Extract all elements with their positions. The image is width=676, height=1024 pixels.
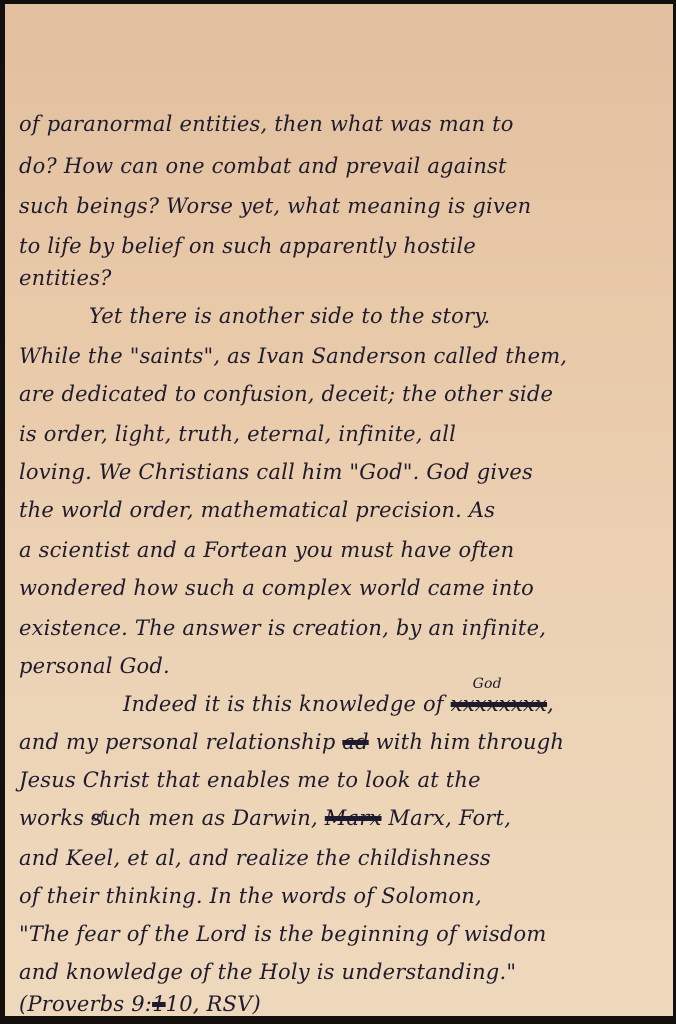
struck-out-word: ad xyxy=(342,730,368,754)
paragraph-start-line: Indeed it is this knowledge of Godxxxxxx… xyxy=(123,692,554,716)
quotation-line: "The fear of the Lord is the beginning o… xyxy=(19,922,546,946)
text-line: Jesus Christ that enables me to look at … xyxy=(19,768,481,792)
text-line: a scientist and a Fortean you must have … xyxy=(19,538,514,562)
struck-out-word: Marx xyxy=(325,806,382,830)
text-line: the world order, mathematical precision.… xyxy=(19,498,495,522)
text-line: works ofsuch men as Darwin, Marx Marx, F… xyxy=(19,806,511,830)
paragraph-start-line: Yet there is another side to the story. xyxy=(89,304,490,328)
scan-border-bottom xyxy=(0,1016,676,1024)
text-line: wondered how such a complex world came i… xyxy=(19,576,534,600)
text-line: existence. The answer is creation, by an… xyxy=(19,616,546,640)
caret-insertion: of xyxy=(91,809,105,825)
text-line: and Keel, et al, and realize the childis… xyxy=(19,846,491,870)
text-line: of paranormal entities, then what was ma… xyxy=(19,112,514,136)
text-line: of their thinking. In the words of Solom… xyxy=(19,884,482,908)
quotation-line: and knowledge of the Holy is understandi… xyxy=(19,960,516,984)
text-line: such beings? Worse yet, what meaning is … xyxy=(19,194,531,218)
caret-insertion: God xyxy=(473,676,502,692)
text-line: to life by belief on such apparently hos… xyxy=(19,234,476,258)
struck-out-word: 1 xyxy=(152,992,166,1016)
text-line: are dedicated to confusion, deceit; the … xyxy=(19,382,553,406)
text-line: personal God. xyxy=(19,654,170,678)
text-line: entities? xyxy=(19,266,112,290)
text-line: loving. We Christians call him "God". Go… xyxy=(19,460,533,484)
letter-page: of paranormal entities, then what was ma… xyxy=(5,4,673,1016)
line-text: Indeed it is this knowledge of xyxy=(123,692,451,716)
text-line: do? How can one combat and prevail again… xyxy=(19,154,507,178)
text-line: is order, light, truth, eternal, infinit… xyxy=(19,422,456,446)
citation-line: (Proverbs 9:110, RSV) xyxy=(19,992,261,1016)
text-line: While the "saints", as Ivan Sanderson ca… xyxy=(19,344,567,368)
struck-out-word: xxxxxxxx xyxy=(451,692,547,716)
text-line: and my personal relationship ad with him… xyxy=(19,730,564,754)
